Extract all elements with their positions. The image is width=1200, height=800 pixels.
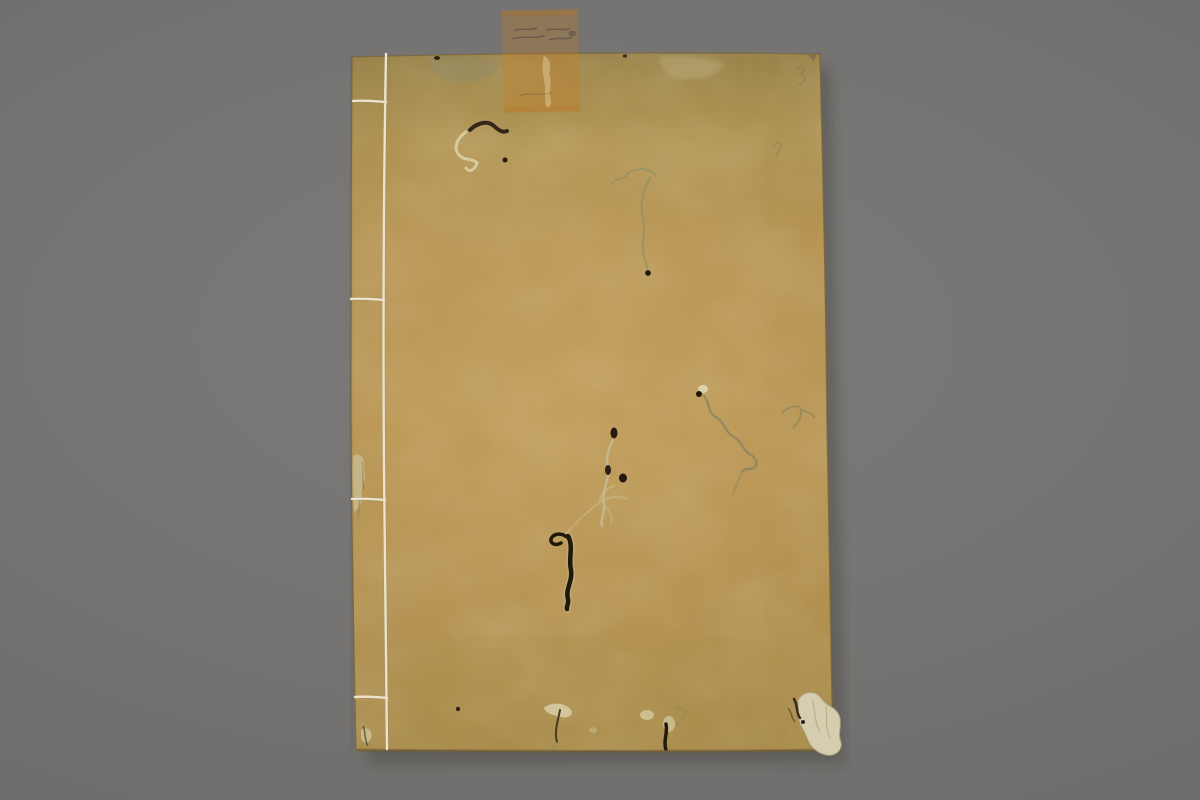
worm-hole (645, 270, 651, 276)
worm-hole (605, 465, 611, 475)
worm-hole (456, 707, 460, 711)
bottom-pageblock-edge (356, 750, 833, 751)
tape-label (502, 9, 580, 113)
book-cover (345, 45, 840, 760)
thread-knot (383, 100, 387, 104)
bottom-edge-fleck (589, 727, 597, 733)
worm-hole (611, 428, 618, 439)
photo-backdrop (0, 0, 1200, 800)
worm-hole (619, 474, 627, 483)
stitch-station-4 (355, 697, 387, 698)
stitch-station-3 (352, 499, 385, 500)
stitch-station-1 (353, 101, 386, 102)
top-edge-chip (434, 56, 440, 60)
worm-hole (696, 391, 702, 397)
paper-grain-texture (345, 45, 840, 760)
worm-hole (503, 158, 508, 163)
book-photo (330, 0, 850, 780)
stitch-station-2 (351, 299, 384, 300)
top-edge-speck (623, 54, 627, 57)
